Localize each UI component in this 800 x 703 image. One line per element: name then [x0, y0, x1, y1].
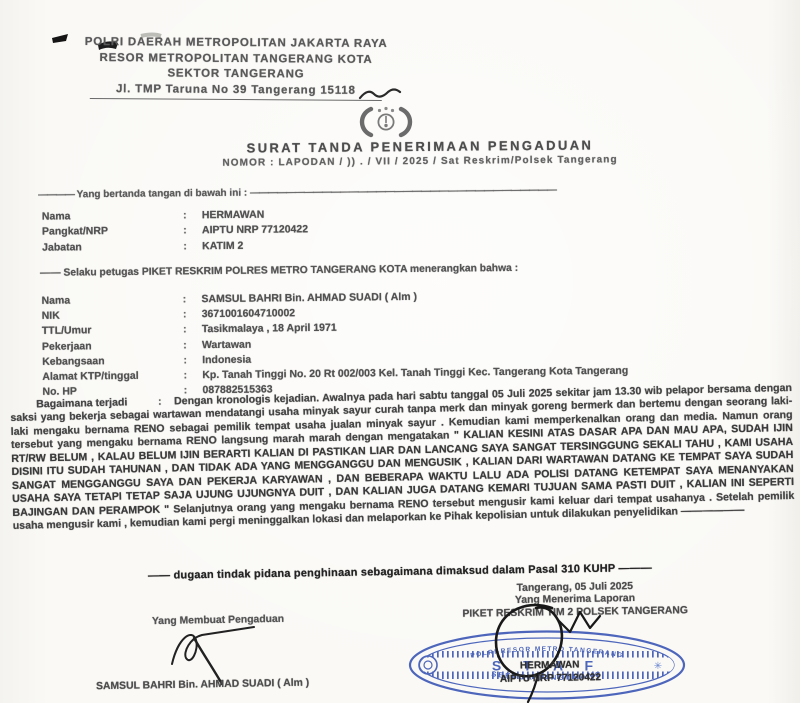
- receiver-nrp: AIPTU NRP 77120422: [500, 672, 601, 685]
- letterhead-line-1: POLRI DAERAH METROPOLITAN JAKARTA RAYA: [38, 35, 434, 53]
- field-colon: :: [168, 307, 202, 323]
- document-title-block: SURAT TANDA PENERIMAAN PENGADUAN NOMOR :…: [100, 136, 740, 170]
- field-colon: :: [168, 368, 202, 384]
- field-label: Nama: [41, 293, 167, 310]
- field-colon: :: [168, 208, 202, 224]
- field-colon: :: [168, 224, 202, 240]
- field-label: TTL/Umur: [42, 323, 168, 340]
- scanned-complaint-receipt-document: POLRI DAERAH METROPOLITAN JAKARTA RAYA R…: [0, 0, 800, 703]
- receiver-signature: [440, 596, 650, 703]
- field-label: Nama: [42, 209, 168, 226]
- incident-narrative: Bagaimana terjadi:Dengan kronologis keja…: [10, 382, 795, 534]
- field-colon: :: [168, 338, 202, 354]
- field-label: Pekerjaan: [42, 338, 168, 355]
- officer-fields: Nama : HERMAWAN Pangkat/NRP : AIPTU NRP …: [42, 204, 642, 255]
- field-colon: :: [168, 239, 202, 255]
- trailing-rule: ——————————————————————————————————: [250, 185, 556, 199]
- field-colon: :: [167, 292, 201, 308]
- opening-line: ———— Yang bertanda tangan di bawah ini :…: [38, 182, 796, 200]
- maker-name: SAMSUL BAHRI Bin. AHMAD SUADI ( Alm ): [96, 677, 356, 693]
- maker-signature: [158, 622, 288, 686]
- stamp-star-mark: ✳: [654, 661, 662, 672]
- field-value: KATIM 2: [202, 235, 642, 254]
- letterhead-address: Jl. TMP Taruna No 39 Tangerang 15118: [90, 81, 382, 101]
- opening-text: Yang bertanda tangan di bawah ini :: [74, 188, 250, 201]
- complainant-fields: Nama : SAMSUL BAHRI Bin. AHMAD SUADI ( A…: [41, 286, 772, 400]
- receiver-name: HERMAWAN: [520, 659, 580, 671]
- field-colon: :: [168, 353, 202, 369]
- leading-dashes: ————: [38, 189, 74, 200]
- field-label: Jabatan: [42, 239, 168, 256]
- narrative-colon: :: [158, 395, 174, 409]
- field-label: Alamat KTP/tinggal: [42, 369, 168, 386]
- field-colon: :: [168, 323, 202, 339]
- field-label: Kebangsaan: [42, 353, 168, 370]
- field-label: Pangkat/NRP: [42, 224, 168, 241]
- officer-note: —— Selaku petugas PIKET RESKRIM POLRES M…: [40, 260, 780, 279]
- polri-logo-icon: [352, 103, 420, 141]
- field-label: NIK: [42, 308, 168, 325]
